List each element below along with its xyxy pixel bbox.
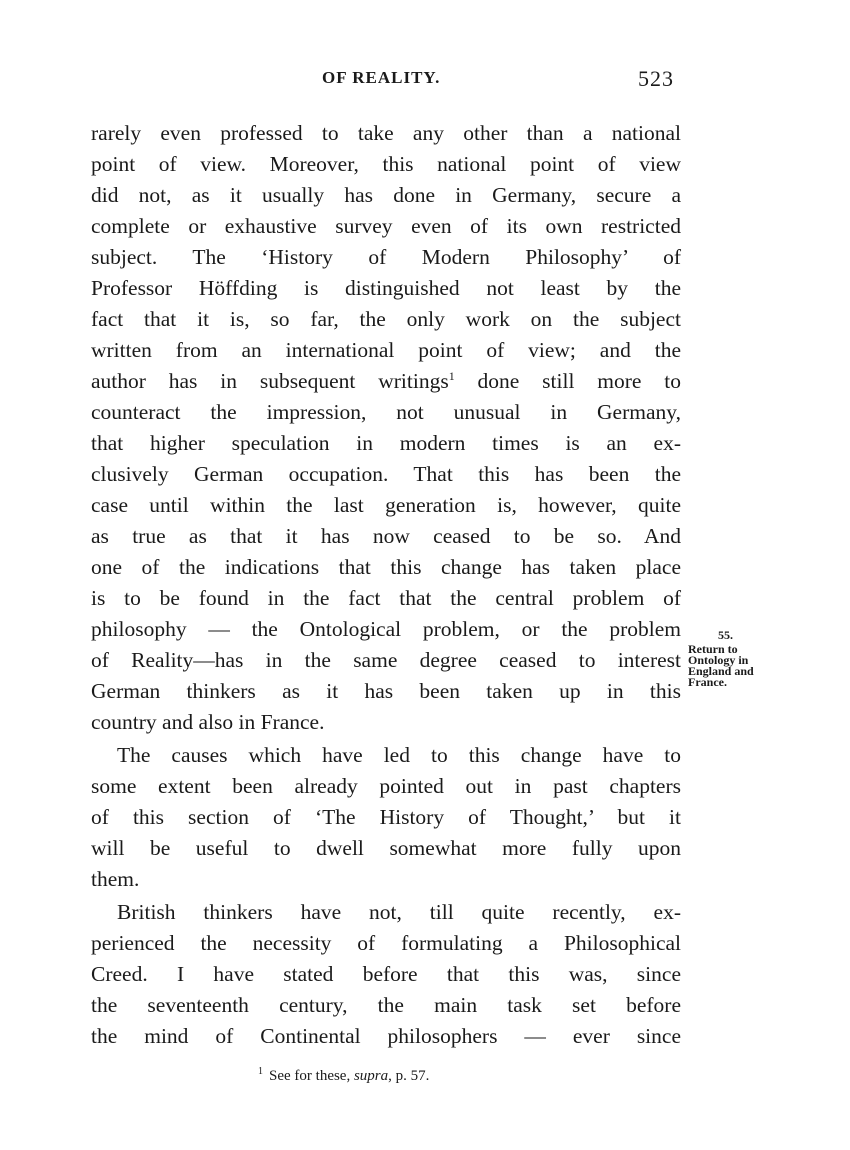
- text-line: point of view. Moreover, this national p…: [91, 149, 681, 180]
- text-line: them.: [91, 864, 681, 895]
- footnote-mark: 1: [258, 1066, 263, 1077]
- text-fragment: done still more to: [455, 369, 681, 393]
- text-line: The causes which have led to this change…: [91, 740, 681, 771]
- footnote-text: , p. 57.: [388, 1068, 429, 1084]
- text-line: is to be found in the fact that the cent…: [91, 583, 681, 614]
- marginal-note-line: France.: [688, 677, 798, 688]
- footnote: 1See for these, supra, p. 57.: [258, 1068, 429, 1085]
- text-line: of Reality—has in the same degree ceased…: [91, 645, 681, 676]
- footnote-italic: supra: [354, 1068, 388, 1084]
- text-line: clusively German occupation. That this h…: [91, 459, 681, 490]
- section-number: 55.: [688, 630, 798, 641]
- marginal-note: 55. Return to Ontology in England and Fr…: [688, 630, 798, 688]
- text-line: counteract the impression, not unusual i…: [91, 397, 681, 428]
- text-line: some extent been already pointed out in …: [91, 771, 681, 802]
- text-line: perienced the necessity of formulating a…: [91, 928, 681, 959]
- paragraph-2: The causes which have led to this change…: [91, 740, 681, 895]
- running-head: OF REALITY. 523: [0, 68, 850, 98]
- text-fragment: author has in subsequent writings: [91, 369, 449, 393]
- text-line: fact that it is, so far, the only work o…: [91, 304, 681, 335]
- text-line: subject. The ‘History of Modern Philosop…: [91, 242, 681, 273]
- text-line: of this section of ‘The History of Thoug…: [91, 802, 681, 833]
- text-line: Creed. I have stated before that this wa…: [91, 959, 681, 990]
- text-line: one of the indications that this change …: [91, 552, 681, 583]
- main-text: rarely even professed to take any other …: [91, 118, 681, 1052]
- text-line: philosophy — the Ontological problem, or…: [91, 614, 681, 645]
- text-line: author has in subsequent writings1 done …: [91, 366, 681, 397]
- page-number: 523: [638, 66, 674, 92]
- footnote-text: See for these,: [269, 1068, 354, 1084]
- text-line: British thinkers have not, till quite re…: [91, 897, 681, 928]
- text-line: country and also in France.: [91, 707, 681, 738]
- text-line: written from an international point of v…: [91, 335, 681, 366]
- paragraph-1: rarely even professed to take any other …: [91, 118, 681, 738]
- text-line: complete or exhaustive survey even of it…: [91, 211, 681, 242]
- text-line: rarely even professed to take any other …: [91, 118, 681, 149]
- text-line: the seventeenth century, the main task s…: [91, 990, 681, 1021]
- text-line: case until within the last generation is…: [91, 490, 681, 521]
- running-title: OF REALITY.: [322, 68, 440, 88]
- text-line: Professor Höffding is distinguished not …: [91, 273, 681, 304]
- text-line: the mind of Continental philosophers — e…: [91, 1021, 681, 1052]
- text-line: did not, as it usually has done in Germa…: [91, 180, 681, 211]
- text-line: will be useful to dwell somewhat more fu…: [91, 833, 681, 864]
- paragraph-3: British thinkers have not, till quite re…: [91, 897, 681, 1052]
- text-line: German thinkers as it has been taken up …: [91, 676, 681, 707]
- text-line: that higher speculation in modern times …: [91, 428, 681, 459]
- text-line: as true as that it has now ceased to be …: [91, 521, 681, 552]
